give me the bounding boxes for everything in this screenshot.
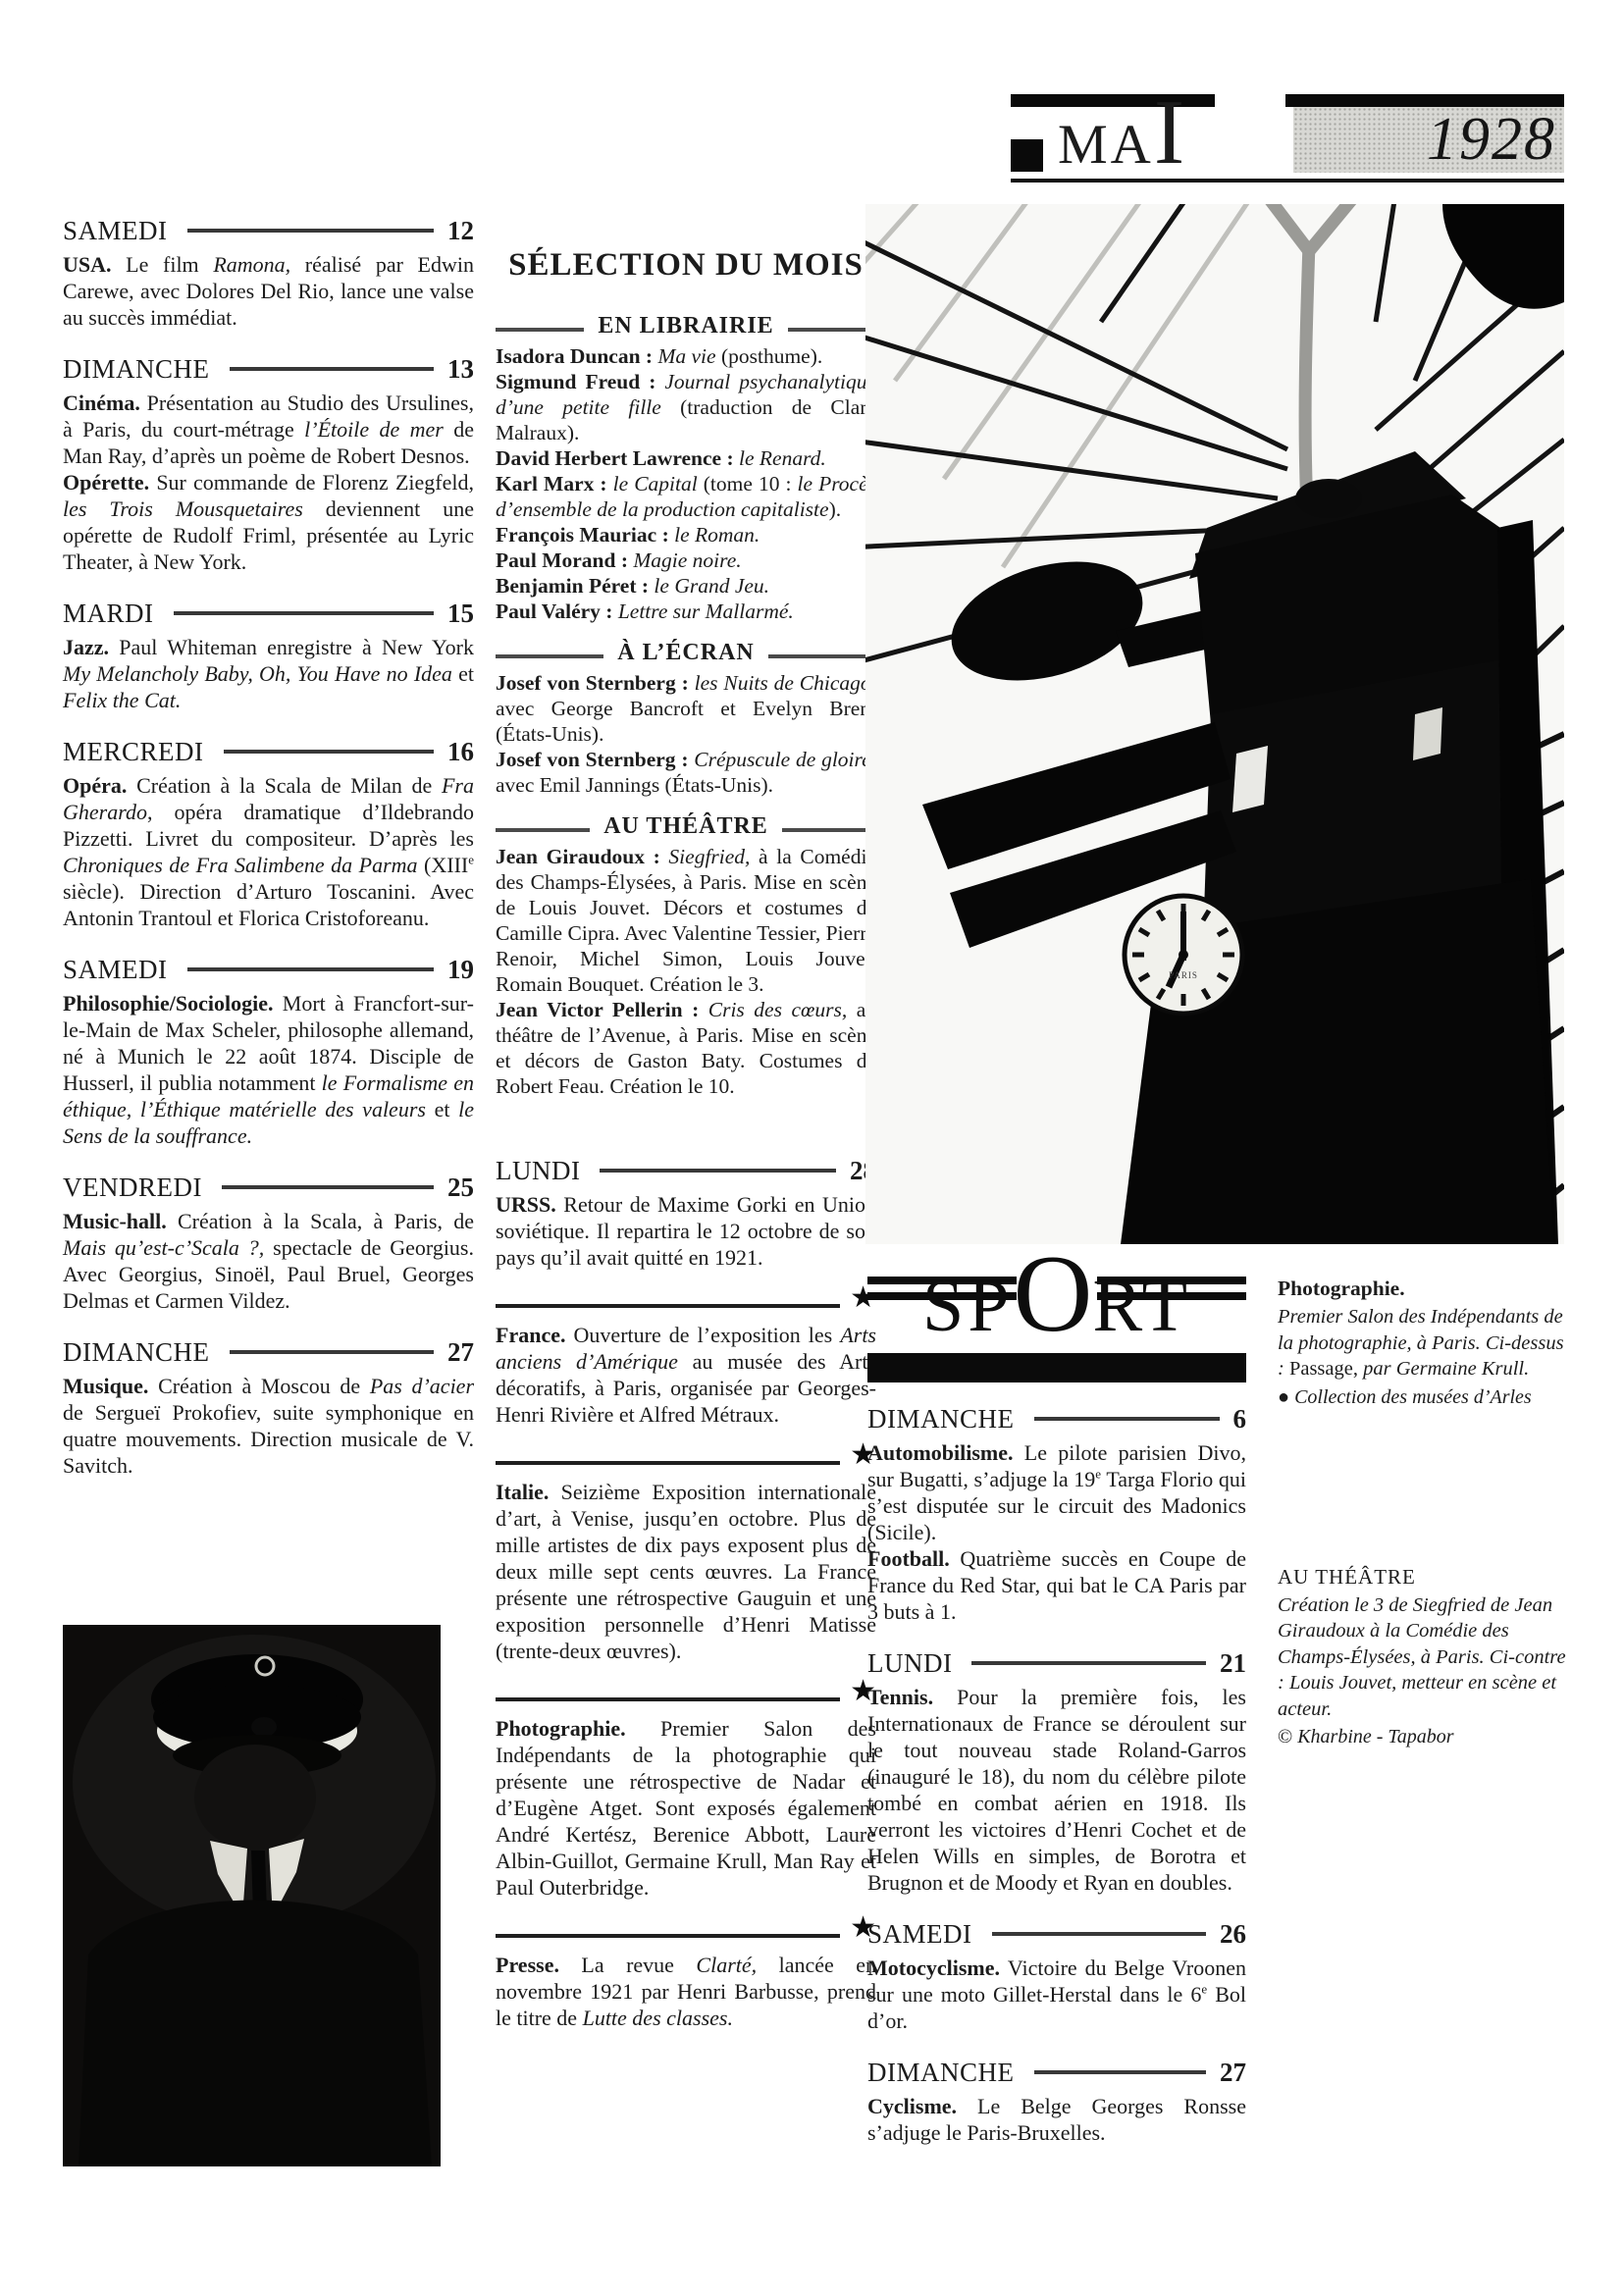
note-text: Presse. La revue Clarté, lancée en novem… bbox=[496, 1952, 876, 2031]
day-rule bbox=[1034, 1417, 1220, 1421]
day-name: DIMANCHE bbox=[867, 1404, 1015, 1434]
day-rule bbox=[971, 1661, 1206, 1665]
paragraph: URSS. Retour de Maxime Gorki en Union so… bbox=[496, 1191, 876, 1271]
paragraph: Josef von Sternberg : Crépuscule de gloi… bbox=[496, 747, 876, 798]
day-body: Automobilisme. Le pilote parisien Divo, … bbox=[867, 1439, 1246, 1625]
note: ★ Photographie. Premier Salon des Indépe… bbox=[496, 1690, 876, 1901]
magazine-page: MA I 1928 SAMEDI 12 USA. Le film Ramona,… bbox=[0, 0, 1624, 2295]
section-label: À L’ÉCRAN bbox=[617, 640, 754, 666]
section-label: AU THÉÂTRE bbox=[603, 813, 768, 840]
day-header: VENDREDI 25 bbox=[63, 1173, 474, 1202]
day-rule bbox=[992, 1932, 1206, 1936]
day-number: 25 bbox=[447, 1173, 474, 1202]
sport-black-bar bbox=[867, 1353, 1246, 1382]
day-entry: LUNDI 28 URSS. Retour de Maxime Gorki en… bbox=[496, 1156, 876, 1271]
day-number: 26 bbox=[1220, 1919, 1246, 1949]
sport-title-right: RT bbox=[1092, 1265, 1191, 1347]
day-name: LUNDI bbox=[496, 1156, 580, 1185]
paragraph: Karl Marx : le Capital (tome 10 : le Pro… bbox=[496, 471, 876, 522]
starred-notes: ★ France. Ouverture de l’exposition les … bbox=[496, 1296, 876, 2031]
note-divider: ★ bbox=[496, 1926, 876, 1946]
day-body: Music-hall. Création à la Scala, à Paris… bbox=[63, 1208, 474, 1314]
section-items: Isadora Duncan : Ma vie (posthume).Sigmu… bbox=[496, 343, 876, 624]
paragraph: Automobilisme. Le pilote parisien Divo, … bbox=[867, 1439, 1246, 1545]
day-name: MARDI bbox=[63, 599, 154, 628]
day-rule bbox=[222, 1185, 434, 1189]
day-body: Philosophie/Sociologie. Mort à Francfort… bbox=[63, 990, 474, 1149]
masthead: MA I 1928 bbox=[1001, 94, 1564, 183]
day-body: USA. Le film Ramona, réalisé par Edwin C… bbox=[63, 251, 474, 331]
note-rule bbox=[496, 1934, 840, 1938]
day-rule bbox=[600, 1169, 836, 1173]
day-number: 27 bbox=[447, 1337, 474, 1367]
day-entry: SAMEDI 19 Philosophie/Sociologie. Mort à… bbox=[63, 955, 474, 1149]
day-body: Cinéma. Présentation au Studio des Ursul… bbox=[63, 390, 474, 575]
paragraph: Opérette. Sur commande de Florenz Ziegfe… bbox=[63, 469, 474, 575]
note-divider: ★ bbox=[496, 1453, 876, 1473]
day-name: VENDREDI bbox=[63, 1173, 202, 1202]
paragraph: Paul Morand : Magie noire. bbox=[496, 548, 876, 573]
sport-entries: DIMANCHE 6 Automobilisme. Le pilote pari… bbox=[867, 1404, 1246, 2146]
day-number: 13 bbox=[447, 354, 474, 384]
portrait-photograph bbox=[63, 1625, 441, 2166]
day-header: DIMANCHE 13 bbox=[63, 354, 474, 384]
day-body: URSS. Retour de Maxime Gorki en Union so… bbox=[496, 1191, 876, 1271]
paragraph: Football. Quatrième succès en Coupe de F… bbox=[867, 1545, 1246, 1625]
window-slit bbox=[1232, 746, 1268, 812]
face-shadow bbox=[194, 1745, 316, 1851]
paragraph: Motocyclisme. Victoire du Belge Vroonen … bbox=[867, 1955, 1246, 2034]
day-name: LUNDI bbox=[867, 1648, 952, 1678]
day-body: Cyclisme. Le Belge Georges Ronsse s’adju… bbox=[867, 2093, 1246, 2146]
sport-title-left: SP bbox=[922, 1265, 1014, 1347]
heading-rule-right bbox=[788, 328, 876, 332]
day-header: LUNDI 21 bbox=[867, 1648, 1246, 1678]
window-slit-2 bbox=[1413, 707, 1442, 760]
heading-rule-right bbox=[782, 828, 876, 832]
section-ecran: À L’ÉCRAN Josef von Sternberg : les Nuit… bbox=[496, 640, 876, 798]
section-items: Josef von Sternberg : les Nuits de Chica… bbox=[496, 670, 876, 798]
clock-center bbox=[1179, 950, 1188, 960]
day-rule bbox=[174, 611, 434, 615]
month-text: MA bbox=[1058, 117, 1154, 173]
day-header: SAMEDI 19 bbox=[63, 955, 474, 984]
lamp bbox=[1295, 479, 1362, 518]
day-name: DIMANCHE bbox=[867, 2058, 1015, 2087]
note-text: Photographie. Premier Salon des Indépend… bbox=[496, 1715, 876, 1901]
day-rule bbox=[230, 367, 435, 371]
note-divider: ★ bbox=[496, 1690, 876, 1709]
photo-caption: Photographie. Premier Salon des Indépend… bbox=[1278, 1277, 1574, 1410]
day-name: SAMEDI bbox=[63, 955, 168, 984]
day-entry: DIMANCHE 6 Automobilisme. Le pilote pari… bbox=[867, 1404, 1246, 1625]
day-number: 6 bbox=[1233, 1404, 1247, 1434]
section-heading-librairie: EN LIBRAIRIE bbox=[496, 313, 876, 339]
paragraph: Philosophie/Sociologie. Mort à Francfort… bbox=[63, 990, 474, 1149]
paragraph: Isadora Duncan : Ma vie (posthume). bbox=[496, 343, 876, 369]
day-number: 15 bbox=[447, 599, 474, 628]
cap-emblem bbox=[251, 1717, 277, 1737]
paragraph: Sigmund Freud : Journal psychanalytique … bbox=[496, 369, 876, 445]
section-librairie: EN LIBRAIRIE Isadora Duncan : Ma vie (po… bbox=[496, 313, 876, 624]
day-entry: DIMANCHE 13 Cinéma. Présentation au Stud… bbox=[63, 354, 474, 575]
sport-masthead: SPORT bbox=[867, 1261, 1246, 1382]
note: ★ Presse. La revue Clarté, lancée en nov… bbox=[496, 1926, 876, 2031]
day-body: Tennis. Pour la première fois, les Inter… bbox=[867, 1684, 1246, 1896]
passage-photo-graphic: PARIS bbox=[865, 204, 1564, 1244]
day-header: LUNDI 28 bbox=[496, 1156, 876, 1185]
day-body: Musique. Création à Moscou de Pas d’acie… bbox=[63, 1373, 474, 1479]
day-header: MERCREDI 16 bbox=[63, 737, 474, 766]
paragraph: Paul Valéry : Lettre sur Mallarmé. bbox=[496, 599, 876, 624]
day-body: Motocyclisme. Victoire du Belge Vroonen … bbox=[867, 1955, 1246, 2034]
selection-column: SÉLECTION DU MOIS EN LIBRAIRIE Isadora D… bbox=[496, 247, 876, 2031]
note: ★ France. Ouverture de l’exposition les … bbox=[496, 1296, 876, 1428]
day-header: SAMEDI 12 bbox=[63, 216, 474, 245]
sport-column: SPORT DIMANCHE 6 Automobilisme. Le pilot… bbox=[867, 1261, 1246, 2169]
theatre-caption-body: Création le 3 de Siegfried de Jean Girau… bbox=[1278, 1592, 1574, 1723]
day-header: DIMANCHE 6 bbox=[867, 1404, 1246, 1434]
day-entry: DIMANCHE 27 Cyclisme. Le Belge Georges R… bbox=[867, 2058, 1246, 2146]
day-header: MARDI 15 bbox=[63, 599, 474, 628]
year-box: 1928 bbox=[1293, 107, 1564, 173]
captions-column: Photographie. Premier Salon des Indépend… bbox=[1278, 1271, 1574, 1749]
day-rule bbox=[1034, 2070, 1207, 2074]
paragraph: Jean Giraudoux : Siegfried, à la Comédie… bbox=[496, 844, 876, 997]
month-title: MA I bbox=[1011, 86, 1184, 179]
day-number: 16 bbox=[447, 737, 474, 766]
paragraph: Tennis. Pour la première fois, les Inter… bbox=[867, 1684, 1246, 1896]
section-label: EN LIBRAIRIE bbox=[598, 313, 773, 339]
day-entry: VENDREDI 25 Music-hall. Création à la Sc… bbox=[63, 1173, 474, 1314]
paragraph: Jean Victor Pellerin : Cris des cœurs, a… bbox=[496, 997, 876, 1099]
paragraph: Benjamin Péret : le Grand Jeu. bbox=[496, 573, 876, 599]
day-number: 19 bbox=[447, 955, 474, 984]
day-entry: SAMEDI 26 Motocyclisme. Victoire du Belg… bbox=[867, 1919, 1246, 2034]
clock-label: PARIS bbox=[1169, 970, 1198, 980]
section-theatre: AU THÉÂTRE Jean Giraudoux : Siegfried, à… bbox=[496, 813, 876, 1099]
day-name: DIMANCHE bbox=[63, 1337, 210, 1367]
day-rule bbox=[187, 229, 434, 233]
paragraph: USA. Le film Ramona, réalisé par Edwin C… bbox=[63, 251, 474, 331]
sport-title-o: O bbox=[1014, 1233, 1093, 1355]
month-square-icon bbox=[1011, 139, 1043, 172]
month-capital: I bbox=[1154, 86, 1184, 179]
day-header: DIMANCHE 27 bbox=[63, 1337, 474, 1367]
photo-caption-credit: ● Collection des musées d’Arles bbox=[1278, 1384, 1574, 1410]
paragraph: Cyclisme. Le Belge Georges Ronsse s’adju… bbox=[867, 2093, 1246, 2146]
chronology-middle: LUNDI 28 URSS. Retour de Maxime Gorki en… bbox=[496, 1156, 876, 1271]
photo-caption-body: Premier Salon des Indépendants de la pho… bbox=[1278, 1304, 1574, 1382]
day-rule bbox=[187, 967, 434, 971]
year-label: 1928 bbox=[1427, 105, 1556, 175]
selection-title: SÉLECTION DU MOIS bbox=[496, 247, 876, 284]
note: ★ Italie. Seizième Exposition internatio… bbox=[496, 1453, 876, 1664]
day-number: 12 bbox=[447, 216, 474, 245]
day-entry: SAMEDI 12 USA. Le film Ramona, réalisé p… bbox=[63, 216, 474, 331]
heading-rule-left bbox=[496, 828, 590, 832]
portrait-photo-graphic bbox=[63, 1625, 441, 2166]
theatre-caption-credit: © Kharbine - Tapabor bbox=[1278, 1724, 1574, 1749]
paragraph: Jazz. Paul Whiteman enregistre à New Yor… bbox=[63, 634, 474, 713]
paragraph: Musique. Création à Moscou de Pas d’acie… bbox=[63, 1373, 474, 1479]
day-body: Opéra. Création à la Scala de Milan de F… bbox=[63, 772, 474, 931]
day-body: Jazz. Paul Whiteman enregistre à New Yor… bbox=[63, 634, 474, 713]
day-header: SAMEDI 26 bbox=[867, 1919, 1246, 1949]
passage-photograph: PARIS bbox=[865, 204, 1564, 1244]
note-rule bbox=[496, 1461, 840, 1465]
clock: PARIS bbox=[1125, 896, 1242, 1014]
day-name: SAMEDI bbox=[867, 1919, 972, 1949]
note-divider: ★ bbox=[496, 1296, 876, 1316]
paragraph: Opéra. Création à la Scala de Milan de F… bbox=[63, 772, 474, 931]
day-name: MERCREDI bbox=[63, 737, 204, 766]
day-name: DIMANCHE bbox=[63, 354, 210, 384]
section-items: Jean Giraudoux : Siegfried, à la Comédie… bbox=[496, 844, 876, 1099]
day-entry: DIMANCHE 27 Musique. Création à Moscou d… bbox=[63, 1337, 474, 1479]
note-rule bbox=[496, 1697, 840, 1701]
photo-caption-title: Photographie. bbox=[1278, 1277, 1574, 1301]
paragraph: Music-hall. Création à la Scala, à Paris… bbox=[63, 1208, 474, 1314]
section-heading-ecran: À L’ÉCRAN bbox=[496, 640, 876, 666]
sport-title: SPORT bbox=[867, 1261, 1246, 1351]
day-rule bbox=[224, 750, 434, 754]
paragraph: Cinéma. Présentation au Studio des Ursul… bbox=[63, 390, 474, 469]
paragraph: Josef von Sternberg : les Nuits de Chica… bbox=[496, 670, 876, 747]
note-text: France. Ouverture de l’exposition les Ar… bbox=[496, 1322, 876, 1428]
masthead-rule bbox=[1011, 179, 1564, 183]
day-entry: MERCREDI 16 Opéra. Création à la Scala d… bbox=[63, 737, 474, 931]
day-number: 21 bbox=[1220, 1648, 1246, 1678]
day-entry: LUNDI 21 Tennis. Pour la première fois, … bbox=[867, 1648, 1246, 1896]
day-header: DIMANCHE 27 bbox=[867, 2058, 1246, 2087]
day-number: 27 bbox=[1220, 2058, 1246, 2087]
theatre-caption-title: AU THÉÂTRE bbox=[1278, 1565, 1574, 1590]
heading-rule-right bbox=[768, 654, 876, 658]
coat bbox=[79, 1901, 432, 2167]
note-rule bbox=[496, 1304, 840, 1308]
day-entry: MARDI 15 Jazz. Paul Whiteman enregistre … bbox=[63, 599, 474, 713]
chronology-column-left: SAMEDI 12 USA. Le film Ramona, réalisé p… bbox=[63, 216, 474, 1502]
heading-rule-left bbox=[496, 654, 603, 658]
heading-rule-left bbox=[496, 328, 584, 332]
day-rule bbox=[230, 1350, 435, 1354]
note-text: Italie. Seizième Exposition internationa… bbox=[496, 1479, 876, 1664]
paragraph: David Herbert Lawrence : le Renard. bbox=[496, 445, 876, 471]
paragraph: François Mauriac : le Roman. bbox=[496, 522, 876, 548]
day-name: SAMEDI bbox=[63, 216, 168, 245]
theatre-caption: AU THÉÂTRE Création le 3 de Siegfried de… bbox=[1278, 1565, 1574, 1750]
section-heading-theatre: AU THÉÂTRE bbox=[496, 813, 876, 840]
